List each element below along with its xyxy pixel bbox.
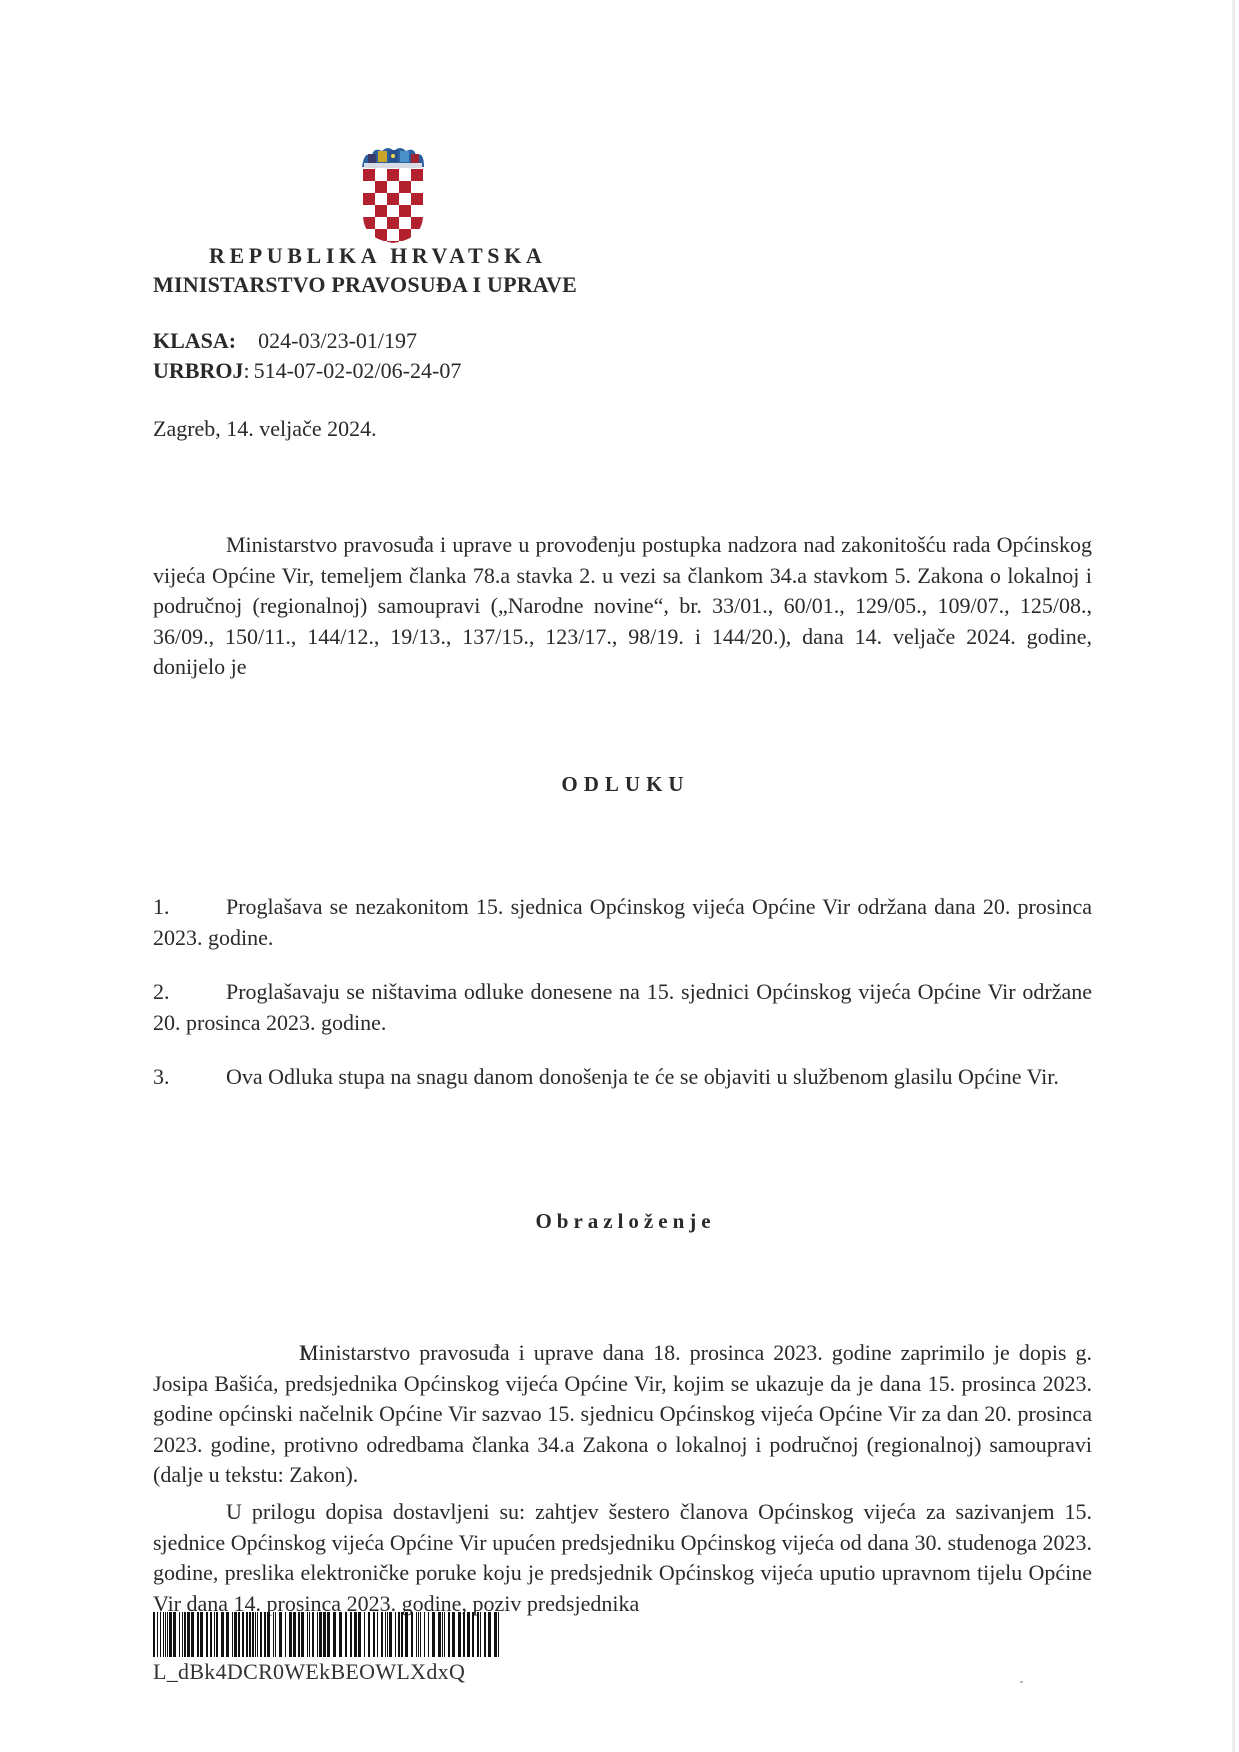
decision-item: 3.Ova Odluka stupa na snagu danom donoše… xyxy=(153,1062,1092,1093)
urbroj-value: 514-07-02-02/06-24-07 xyxy=(254,358,462,383)
item-text: Proglašava se nezakonitom 15. sjednica O… xyxy=(153,894,1092,950)
intro-paragraph: Ministarstvo pravosuđa i uprave u provođ… xyxy=(153,530,1092,683)
scan-page-edge xyxy=(1232,0,1235,1752)
decision-item: 2.Proglašavaju se ništavima odluke dones… xyxy=(153,977,1092,1038)
decision-item: 1.Proglašava se nezakonitom 15. sjednica… xyxy=(153,892,1092,953)
ministry-name: MINISTARSTVO PRAVOSUĐA I UPRAVE xyxy=(153,272,577,298)
decision-title: ODLUKU xyxy=(0,772,1239,797)
item-number: 2. xyxy=(153,977,226,1008)
place-date: Zagreb, 14. veljače 2024. xyxy=(153,416,377,442)
reasoning-title: Obrazloženje xyxy=(0,1209,1239,1234)
reasoning-paragraph: U prilogu dopisa dostavljeni su: zahtjev… xyxy=(153,1497,1092,1619)
urbroj-label: URBROJ xyxy=(153,358,243,383)
country-name: REPUBLIKA HRVATSKA xyxy=(209,243,546,269)
barcode-icon xyxy=(153,1612,501,1657)
klasa-label: KLASA: xyxy=(153,328,236,353)
scan-speck xyxy=(1020,1681,1023,1683)
barcode-code: L_dBk4DCR0WEkBEOWLXdxQ xyxy=(153,1659,465,1685)
item-text: Ova Odluka stupa na snagu danom donošenj… xyxy=(226,1064,1059,1089)
item-number: 1. xyxy=(153,892,226,923)
klasa-line: KLASA:024-03/23-01/197 xyxy=(153,328,417,354)
reasoning-paragraph: I.Ministarstvo pravosuđa i uprave dana 1… xyxy=(153,1338,1092,1491)
urbroj-line: URBROJ:514-07-02-02/06-24-07 xyxy=(153,358,461,384)
item-text: Proglašavaju se ništavima odluke donesen… xyxy=(153,979,1092,1035)
section-number: I. xyxy=(226,1338,299,1369)
item-number: 3. xyxy=(153,1062,226,1093)
coat-of-arms-icon xyxy=(358,145,428,245)
klasa-value: 024-03/23-01/197 xyxy=(258,328,417,353)
urbroj-separator: : xyxy=(243,358,249,383)
